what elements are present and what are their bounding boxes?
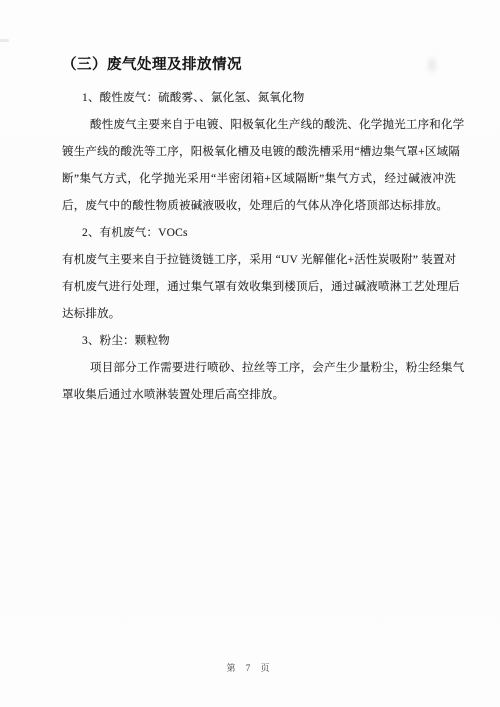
paragraph-line: 镀生产线的酸洗等工序，阳极氧化槽及电镀的酸洗槽采用“槽边集气罩+区域隔 — [62, 139, 456, 166]
scanned-document-page: （三）废气处理及排放情况 1、酸性废气：硫酸雾、、氯化氢、氮氧化物 酸性废气主要… — [0, 0, 500, 707]
list-item-acid-waste-gas: 1、酸性废气：硫酸雾、、氯化氢、氮氧化物 — [62, 85, 456, 112]
paragraph-line: 酸性废气主要来自于电镀、阳极氧化生产线的酸洗、化学抛光工序和化学 — [62, 112, 456, 139]
document-body: （三）废气处理及排放情况 1、酸性废气：硫酸雾、、氯化氢、氮氧化物 酸性废气主要… — [62, 54, 456, 409]
list-item-organic-waste-gas: 2、有机废气：VOCs — [62, 220, 456, 247]
paragraph-line: 后，废气中的酸性物质被碱液吸收，处理后的气体从净化塔顶部达标排放。 — [62, 193, 456, 220]
paragraph-line: 断”集气方式，化学抛光采用“半密闭箱+区域隔断”集气方式，经过碱液冲洗 — [62, 166, 456, 193]
paragraph-line: 罩收集后通过水喷淋装置处理后高空排放。 — [62, 382, 456, 409]
paragraph-line: 有机废气进行处理，通过集气罩有效收集到楼顶后，通过碱液喷淋工艺处理后 — [62, 274, 456, 301]
paragraph-line: 达标排放。 — [62, 301, 456, 328]
paragraph-line: 项目部分工作需要进行喷砂、拉丝等工序，会产生少量粉尘，粉尘经集气 — [62, 355, 456, 382]
page-number: 第 7 页 — [0, 660, 500, 676]
section-heading: （三）废气处理及排放情况 — [62, 54, 456, 76]
paragraph-line: 有机废气主要来自于拉链烫链工序，采用 “UV 光解催化+活性炭吸附” 装置对 — [62, 247, 456, 274]
list-item-dust: 3、粉尘：颗粒物 — [62, 328, 456, 355]
scan-artifact-edge-dash — [0, 39, 9, 42]
